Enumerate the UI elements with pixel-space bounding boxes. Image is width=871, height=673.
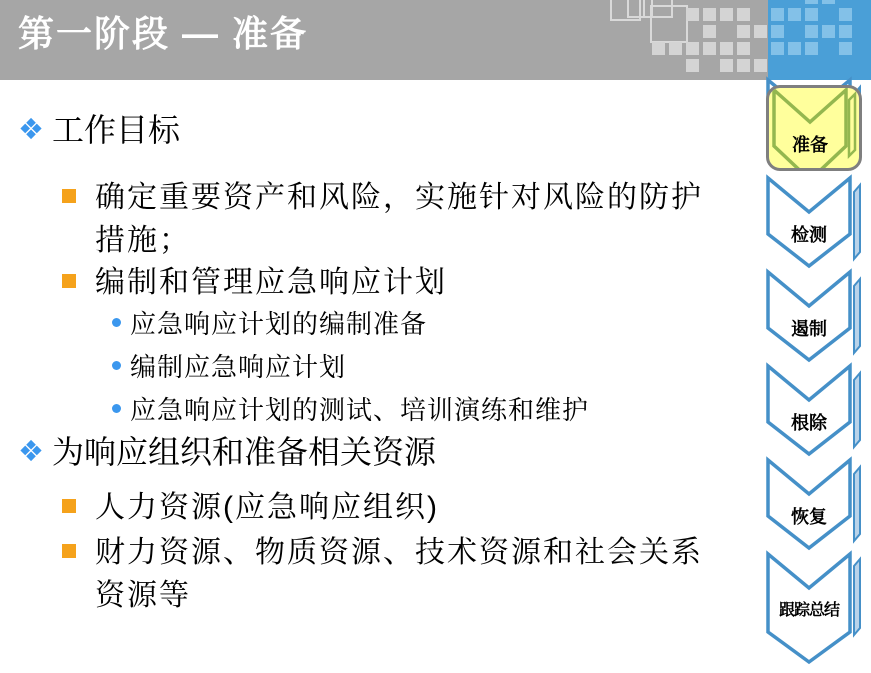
square-bullet-icon <box>62 189 76 203</box>
flow-step-detection: 检测 <box>766 176 863 269</box>
square-bullet-icon <box>62 499 76 513</box>
list-item-text: 应急响应计划的测试、培训演练和维护 <box>130 389 589 432</box>
list-item-text: 为响应组织和准备相关资源 <box>52 432 436 472</box>
flow-step-label: 遏制 <box>766 315 852 341</box>
mosaic-square-icon <box>669 42 682 55</box>
title-bar: 第一阶段 — 准备 <box>0 0 768 80</box>
diamond-bullet-icon: ❖ <box>18 432 44 472</box>
flow-step-eradication: 根除 <box>766 364 863 457</box>
dot-bullet-icon <box>112 318 121 327</box>
flow-step-preparation: 准备 <box>766 78 863 171</box>
flow-step-label: 检测 <box>766 221 852 247</box>
list-item: 编制和管理应急响应计划 <box>62 261 447 304</box>
diamond-bullet-icon: ❖ <box>18 110 44 150</box>
mosaic-square-icon <box>686 59 699 72</box>
list-item-text: 应急响应计划的编制准备 <box>130 303 427 346</box>
list-item: 确定重要资产和风险，实施针对风险的防护措施； <box>62 176 720 262</box>
list-item: 人力资源(应急响应组织) <box>62 486 439 529</box>
mosaic-square-icon <box>737 25 750 38</box>
mosaic-square-icon <box>703 25 716 38</box>
list-item-text: 人力资源(应急响应组织) <box>95 486 439 529</box>
mosaic-square-icon <box>720 42 733 55</box>
dot-bullet-icon <box>112 404 121 413</box>
list-item-text: 财力资源、物质资源、技术资源和社会关系资源等 <box>95 531 720 617</box>
flow-step-containment: 遏制 <box>766 270 863 363</box>
flow-step-label: 跟踪总结 <box>766 597 852 620</box>
list-item: 财力资源、物质资源、技术资源和社会关系资源等 <box>62 531 720 617</box>
flow-step-label: 恢复 <box>766 503 852 529</box>
list-item-text: 编制和管理应急响应计划 <box>95 261 447 304</box>
list-item: 应急响应计划的测试、培训演练和维护 <box>112 389 589 432</box>
mosaic-square-icon <box>737 59 750 72</box>
mosaic-square-icon <box>737 42 750 55</box>
list-item: ❖ 为响应组织和准备相关资源 <box>18 432 436 472</box>
mosaic-square-icon <box>686 8 699 21</box>
page-title: 第一阶段 — 准备 <box>18 6 308 57</box>
square-bullet-icon <box>62 274 76 288</box>
list-item-text: 确定重要资产和风险，实施针对风险的防护措施； <box>95 176 720 262</box>
list-item: 编制应急响应计划 <box>112 346 346 389</box>
outline-square-icon <box>650 5 688 43</box>
mosaic-square-icon <box>737 8 750 21</box>
flow-step-label: 准备 <box>769 131 851 157</box>
list-item: 应急响应计划的编制准备 <box>112 303 427 346</box>
dot-bullet-icon <box>112 361 121 370</box>
highlight-box: 准备 <box>766 85 862 171</box>
mosaic-square-icon <box>686 42 699 55</box>
square-bullet-icon <box>62 544 76 558</box>
mosaic-square-icon <box>652 42 665 55</box>
process-flow-diagram: 准备 检测 遏制 根除 恢复 跟踪总结 <box>766 0 871 673</box>
list-item-text: 编制应急响应计划 <box>130 346 346 389</box>
mosaic-square-icon <box>703 42 716 55</box>
list-item-text: 工作目标 <box>52 110 180 150</box>
flow-step-followup: 跟踪总结 <box>766 552 863 664</box>
flow-step-label: 根除 <box>766 409 852 435</box>
mosaic-square-icon <box>720 59 733 72</box>
list-item: ❖ 工作目标 <box>18 110 180 150</box>
mosaic-square-icon <box>720 8 733 21</box>
mosaic-square-icon <box>703 8 716 21</box>
flow-step-recovery: 恢复 <box>766 458 863 551</box>
